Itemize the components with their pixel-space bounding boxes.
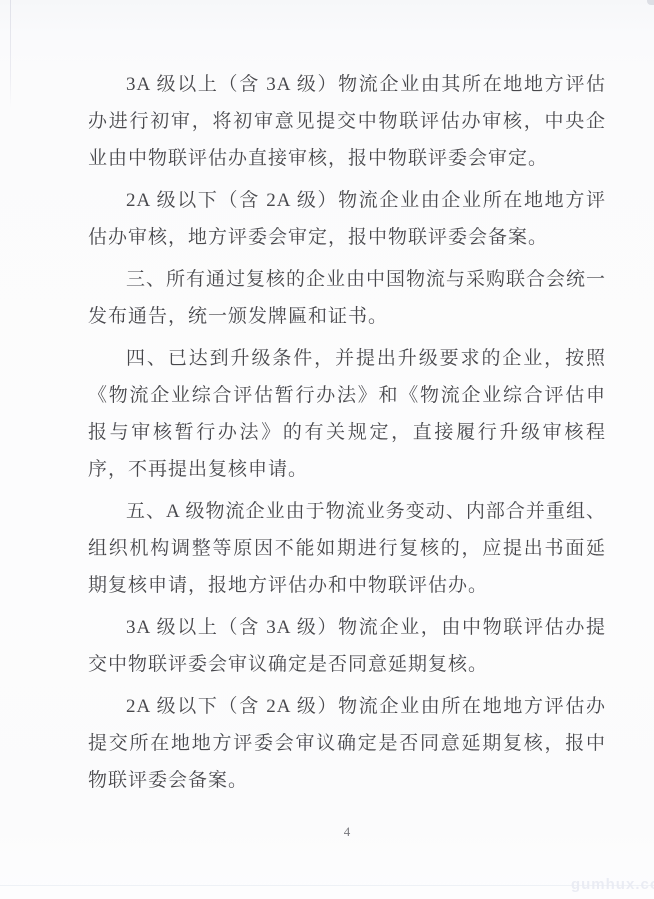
page-number: 4	[88, 824, 606, 840]
scan-artifact-fold-line	[10, 0, 11, 108]
scanned-document-page: 3A 级以上（含 3A 级）物流企业由其所在地地方评估办进行初审，将初审意见提交…	[0, 0, 654, 899]
paragraph-3a-initial-review: 3A 级以上（含 3A 级）物流企业由其所在地地方评估办进行初审，将初审意见提交…	[88, 66, 606, 177]
paragraph-3a-postponement-approval: 3A 级以上（含 3A 级）物流企业，由中物联评估办提交中物联评委会审议确定是否…	[88, 609, 606, 683]
paragraph-item-4-upgrade: 四、已达到升级条件，并提出升级要求的企业，按照《物流企业综合评估暂行办法》和《物…	[88, 340, 606, 488]
paragraph-item-3-announcement: 三、所有通过复核的企业由中国物流与采购联合会统一发布通告，统一颁发牌匾和证书。	[88, 261, 606, 335]
scan-artifact-corner-speck	[647, 0, 654, 5]
paragraph-2a-postponement-approval: 2A 级以下（含 2A 级）物流企业由所在地地方评估办提交所在地地方评委会审议确…	[88, 688, 606, 799]
watermark-text: gumhux.co	[571, 876, 654, 893]
paragraph-2a-review: 2A 级以下（含 2A 级）物流企业由企业所在地地方评估办审核，地方评委会审定，…	[88, 182, 606, 256]
scan-artifact-bottom-strip	[0, 885, 654, 899]
paragraph-item-5-postponement: 五、A 级物流企业由于物流业务变动、内部合并重组、组织机构调整等原因不能如期进行…	[88, 493, 606, 604]
document-body: 3A 级以上（含 3A 级）物流企业由其所在地地方评估办进行初审，将初审意见提交…	[88, 0, 606, 804]
